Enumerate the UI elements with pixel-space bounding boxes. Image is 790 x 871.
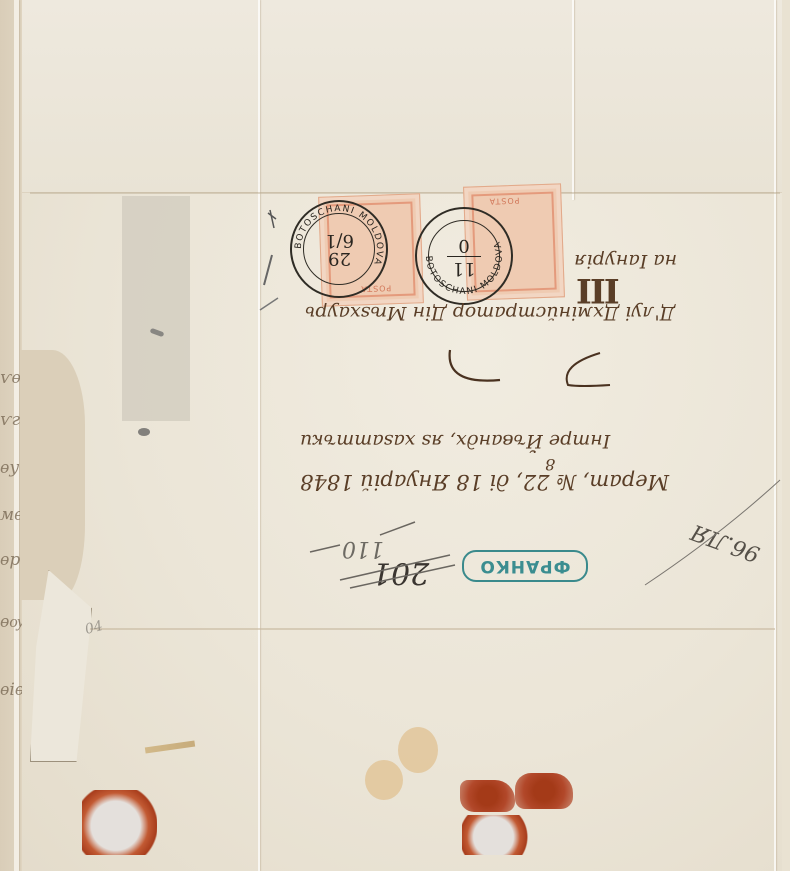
fold-line	[258, 0, 260, 871]
postmark-left: BOTOSCHANI MOLDOVA 29 6/1	[290, 200, 388, 298]
handwriting-flourish	[440, 345, 620, 395]
postmark-right: BOTOSCHANI MOLDOVA 11 0	[415, 207, 513, 305]
stain	[398, 727, 438, 773]
letter-fragment: ѳіѳ	[0, 680, 24, 700]
wax-seal-fragment	[515, 773, 573, 809]
postmark-day: 29	[325, 249, 354, 267]
stain	[365, 760, 403, 800]
ink-blot	[138, 428, 150, 436]
fold-line	[774, 0, 776, 871]
torn-area	[20, 350, 85, 600]
postmark-day: 11	[447, 259, 481, 277]
strike-lines	[300, 510, 460, 600]
franko-text: ФРАНКО	[479, 556, 570, 576]
fold-line	[85, 628, 775, 630]
franko-handstamp: ФРАНКО	[462, 550, 588, 582]
stamp-frame-text: POSTA	[488, 196, 519, 206]
fold-line	[572, 0, 574, 200]
broken-wax-seal	[82, 790, 157, 855]
postmark-month: 0	[447, 236, 481, 254]
broken-wax-seal	[462, 815, 532, 855]
handwriting-subscript: 8	[545, 455, 555, 474]
pencil-diagonal	[640, 475, 790, 590]
postmark-month: 6/1	[325, 231, 354, 249]
cover-top-flap	[22, 0, 782, 193]
sheet-edge	[14, 0, 19, 871]
pencil-marks	[230, 205, 280, 345]
handwriting-line-4: Інтре Йъвандх, яѕ хаѕаттъки	[300, 430, 610, 452]
handwriting-line-1: на Іанурія	[574, 250, 677, 272]
wax-seal-fragment	[460, 780, 515, 812]
handwriting-line-2: Д'луі Дхмінйстратор Дін Мѣѕхаурь	[305, 302, 675, 324]
handwriting-line-3: Мерат, № 22, ді 18 Януарій 1848	[300, 470, 669, 494]
shadow-panel	[122, 196, 190, 421]
